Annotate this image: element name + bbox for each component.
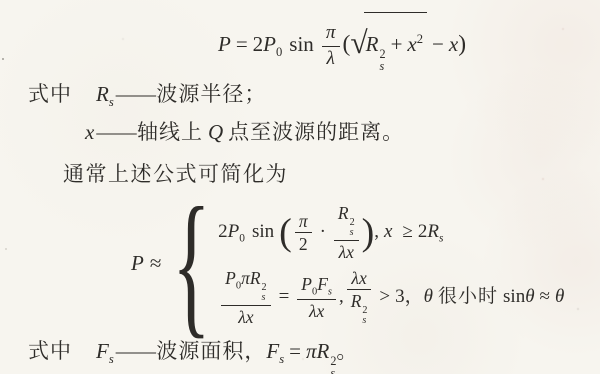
c2-frac-1: P0πR2sλx [221,268,270,327]
where-fs-symbol-sub: s [109,352,114,366]
c1-frac-Rs2-den: λx [334,241,359,262]
c1-cond-R-sub: s [439,233,443,245]
radicand: R2s+x2 [364,12,427,73]
piecewise-case-2: P0πR2sλx=P0Fsλx,λxR2s>3，θ很小时sinθ≈θ [218,268,564,324]
c2-sin: sin [503,286,525,307]
formula-main-coeff-P: P [263,32,276,56]
c1-frac-pi-2: π2 [295,211,312,254]
c2-pi: π [241,268,250,288]
c2-F-subs: s [328,286,332,297]
where-fs-R: R [316,339,329,363]
formula-main-sin: sin [289,32,314,56]
c1-cdot: · [320,221,326,242]
where-fs-period: 。 [336,339,357,363]
where-fs-dash: —— [116,339,155,363]
c2-theta1: θ [424,286,433,307]
left-brace: { [173,198,211,329]
c2-frac-2-den: λx [297,300,336,321]
radicand-R-subs: s [379,60,384,73]
c2-gt: > [379,286,390,307]
c1-R-subs: s [350,228,354,239]
radicand-plus: + [391,32,403,56]
c2-R1-supsub: 2s [262,283,267,304]
where-rs-dash: —— [116,82,155,106]
c1-coeff-sub0: 0 [239,233,245,245]
where-line-fs: 式中Fs——波源面积，Fs=πR2s。 [28,334,357,374]
where-fs-pi: π [306,339,317,363]
c2-frac-3-num: λx [347,268,372,290]
radicand-x: x [407,32,416,56]
piecewise-approx: ≈ [150,251,162,275]
c2-R3-subs: s [362,316,366,327]
c2-R3: R [351,291,362,311]
c1-cond-R: R [427,221,439,242]
c1-cond-2: 2 [418,221,428,242]
where-fs-desc: 波源面积， [156,339,266,363]
radicand-x-sup2: 2 [417,32,423,46]
frac-pi-lambda-num: π [322,22,340,46]
c1-frac-pi-2-den: 2 [295,233,312,254]
c2-theta3: θ [555,286,564,307]
scanned-textbook-page: P=2P0sinπλ(√R2s+x2−x) 式中Rs——波源半径； x——轴线上… [0,0,600,374]
c2-P1: P [225,268,236,288]
where-rs-prefix: 式中 [28,82,72,106]
piecewise-P: P [131,251,144,275]
formula-main-close-paren: ) [458,31,466,57]
c1-coeff-2: 2 [218,221,228,242]
c2-R1: R [250,268,261,288]
formula-main-coeff-sub0: 0 [276,45,282,59]
piecewise-lhs: P≈ [131,251,163,276]
c1-coeff-P: P [228,221,240,242]
c1-frac-Rs2-num: R2s [334,203,359,241]
c1-comma: , [374,221,379,242]
c2-frac-2: P0Fsλx [297,274,336,322]
c1-geq: ≥ [402,221,412,242]
where-x-desc-post: 点至波源的距离。 [228,120,404,144]
formula-piecewise: P≈ { 2P0sin(π2·R2sλx),x≥2Rs P0πR2sλx=P0F… [131,198,564,329]
c2-P2: P [301,274,312,294]
c2-R3-supsub: 2s [362,306,367,327]
formula-main-minus: − [432,32,444,56]
c2-R1-subs: s [262,293,266,304]
c2-theta2: θ [525,286,534,307]
c2-frac-3: λxR2s [347,268,372,327]
c2-comma: , [339,286,344,307]
formula-main-coeff-2: 2 [253,32,264,56]
where-fs-prefix: 式中 [28,339,72,363]
c2-frac-1-den: λx [221,306,270,327]
c2-equals: = [279,286,290,307]
where-fs-equals: = [289,339,301,363]
where-x-dash: —— [96,120,135,144]
c2-three: 3 [395,286,405,307]
c1-close-paren: ) [362,212,375,254]
frac-pi-lambda: πλ [322,22,340,69]
c2-comma2: ， [405,286,424,307]
c1-open-paren: ( [279,212,292,254]
where-line-x: x——轴线上Q点至波源的距离。 [85,116,404,148]
formula-main-equals: = [236,32,248,56]
formula-main-x: x [449,32,458,56]
page-texture [2,58,4,60]
c2-frac-3-den: R2s [347,290,372,327]
piecewise-case-1: 2P0sin(π2·R2sλx),x≥2Rs [218,203,564,259]
where-x-symbol: x [85,120,94,144]
where-fs-symbol: F [96,339,109,363]
c2-approx: ≈ [540,286,550,307]
where-fs-F-sub: s [279,352,284,366]
radicand-R-supsub: 2s [379,48,385,74]
c2-frac-2-num: P0Fs [297,274,336,301]
c2-note: 很小时 [438,286,498,307]
where-fs-R-subs: s [330,367,335,374]
where-x-Q: Q [208,120,223,144]
frac-pi-lambda-den: λ [322,47,340,70]
c1-frac-Rs2-lx: R2sλx [334,203,359,262]
where-fs-F: F [266,339,279,363]
c1-R: R [338,203,349,223]
c1-frac-pi-2-num: π [295,211,312,233]
where-rs-desc: 波源半径； [156,82,266,106]
radical-sign: √ [350,25,367,60]
c2-F: F [317,274,328,294]
c2-frac-1-num: P0πR2s [221,268,270,306]
where-rs-symbol: R [96,82,109,106]
c1-R-supsub: 2s [350,218,355,239]
where-rs-symbol-sub: s [109,95,114,109]
where-x-desc-pre: 轴线上 [137,120,203,144]
formula-main: P=2P0sinπλ(√R2s+x2−x) [218,12,466,62]
where-line-rs: 式中Rs——波源半径； [28,78,266,118]
piecewise-cases: 2P0sin(π2·R2sλx),x≥2Rs P0πR2sλx=P0Fsλx,λ… [218,203,564,324]
formula-main-P: P [218,32,231,56]
c1-cond-x: x [384,221,392,242]
c1-sin: sin [252,221,274,242]
